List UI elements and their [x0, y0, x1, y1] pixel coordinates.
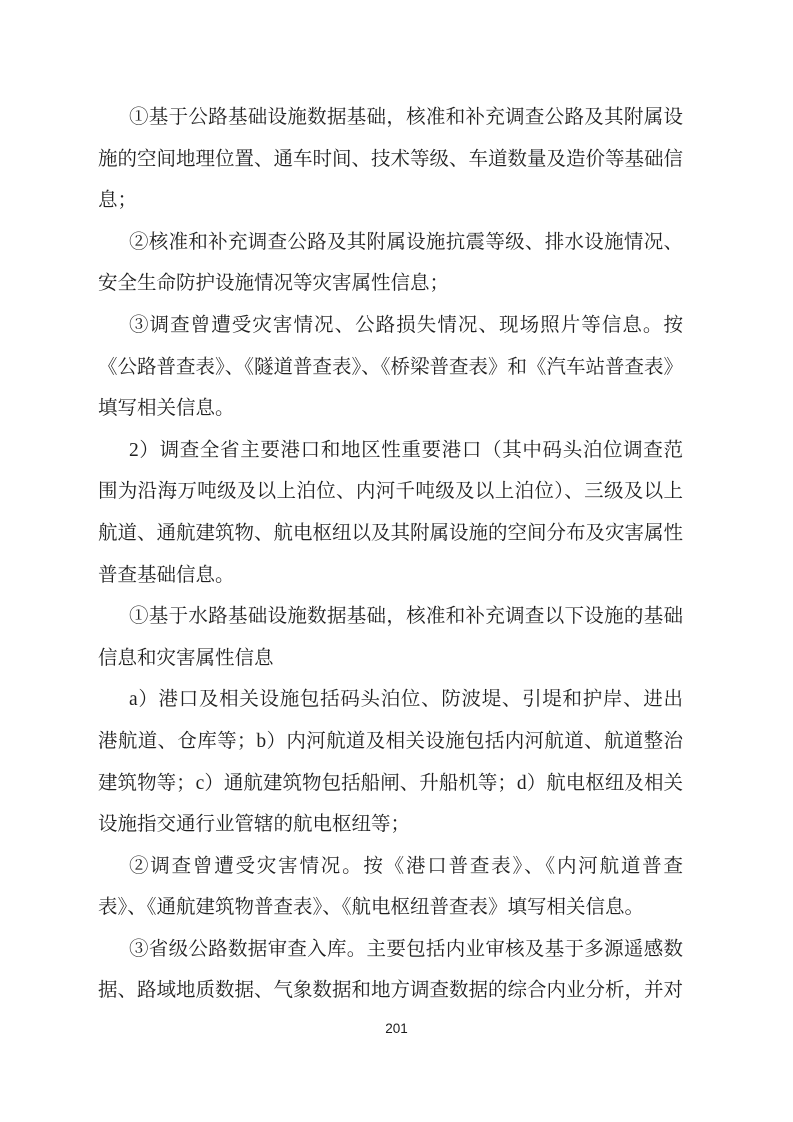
- text-block: ①基于公路基础设施数据基础，核准和补充调查公路及其附属设施的空间地理位置、通车时…: [98, 97, 683, 1012]
- paragraph: ②调查曾遭受灾害情况。按《港口普查表》、《内河航道普查表》、《通航建筑物普查表》…: [98, 846, 683, 929]
- paragraph: ①基于公路基础设施数据基础，核准和补充调查公路及其附属设施的空间地理位置、通车时…: [98, 97, 683, 222]
- paragraph: ①基于水路基础设施数据基础，核准和补充调查以下设施的基础信息和灾害属性信息: [98, 596, 683, 679]
- paragraph: ③省级公路数据审查入库。主要包括内业审核及基于多源遥感数据、路域地质数据、气象数…: [98, 929, 683, 1012]
- paragraph: ②核准和补充调查公路及其附属设施抗震等级、排水设施情况、安全生命防护设施情况等灾…: [98, 222, 683, 305]
- paragraph: a）港口及相关设施包括码头泊位、防波堤、引堤和护岸、进出港航道、仓库等；b）内河…: [98, 679, 683, 845]
- paragraph: ③调查曾遭受灾害情况、公路损失情况、现场照片等信息。按《公路普查表》、《隧道普查…: [98, 305, 683, 430]
- page-number: 201: [0, 1021, 793, 1036]
- document-page: ①基于公路基础设施数据基础，核准和补充调查公路及其附属设施的空间地理位置、通车时…: [0, 0, 793, 1122]
- paragraph: 2）调查全省主要港口和地区性重要港口（其中码头泊位调查范围为沿海万吨级及以上泊位…: [98, 430, 683, 596]
